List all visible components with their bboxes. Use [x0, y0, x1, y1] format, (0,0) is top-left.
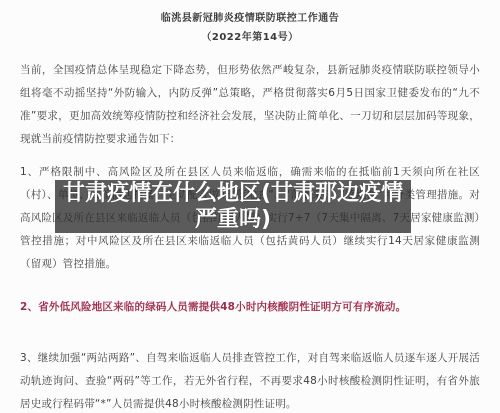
- notice-title: 临洮县新冠肺炎疫情联防联控工作通告: [20, 9, 480, 28]
- article-title-overlay: 甘肃疫情在什么地区(甘肃那边疫情严重吗): [55, 180, 411, 233]
- article-title-text: 甘肃疫情在什么地区(甘肃那边疫情严重吗): [55, 181, 411, 233]
- notice-item-3: 3、继续加强“两站两路”、自驾来临返临人员排查管控工作，对自驾来临返临人员逐车逐…: [20, 347, 480, 413]
- notice-intro-paragraph: 当前，全国疫情总体呈现稳定下降态势，但形势依然严峻复杂，县新冠肺炎疫情联防联控领…: [20, 59, 480, 151]
- notice-number: （2022年第14号）: [20, 28, 480, 47]
- notice-title-block: 临洮县新冠肺炎疫情联防联控工作通告 （2022年第14号）: [20, 0, 480, 47]
- notice-item-2-highlighted: 2、省外低风险地区来临的绿码人员需提供48小时内核酸阴性证明方可有序流动。: [20, 296, 480, 319]
- notice-page: 临洮县新冠肺炎疫情联防联控工作通告 （2022年第14号） 当前，全国疫情总体呈…: [0, 0, 500, 413]
